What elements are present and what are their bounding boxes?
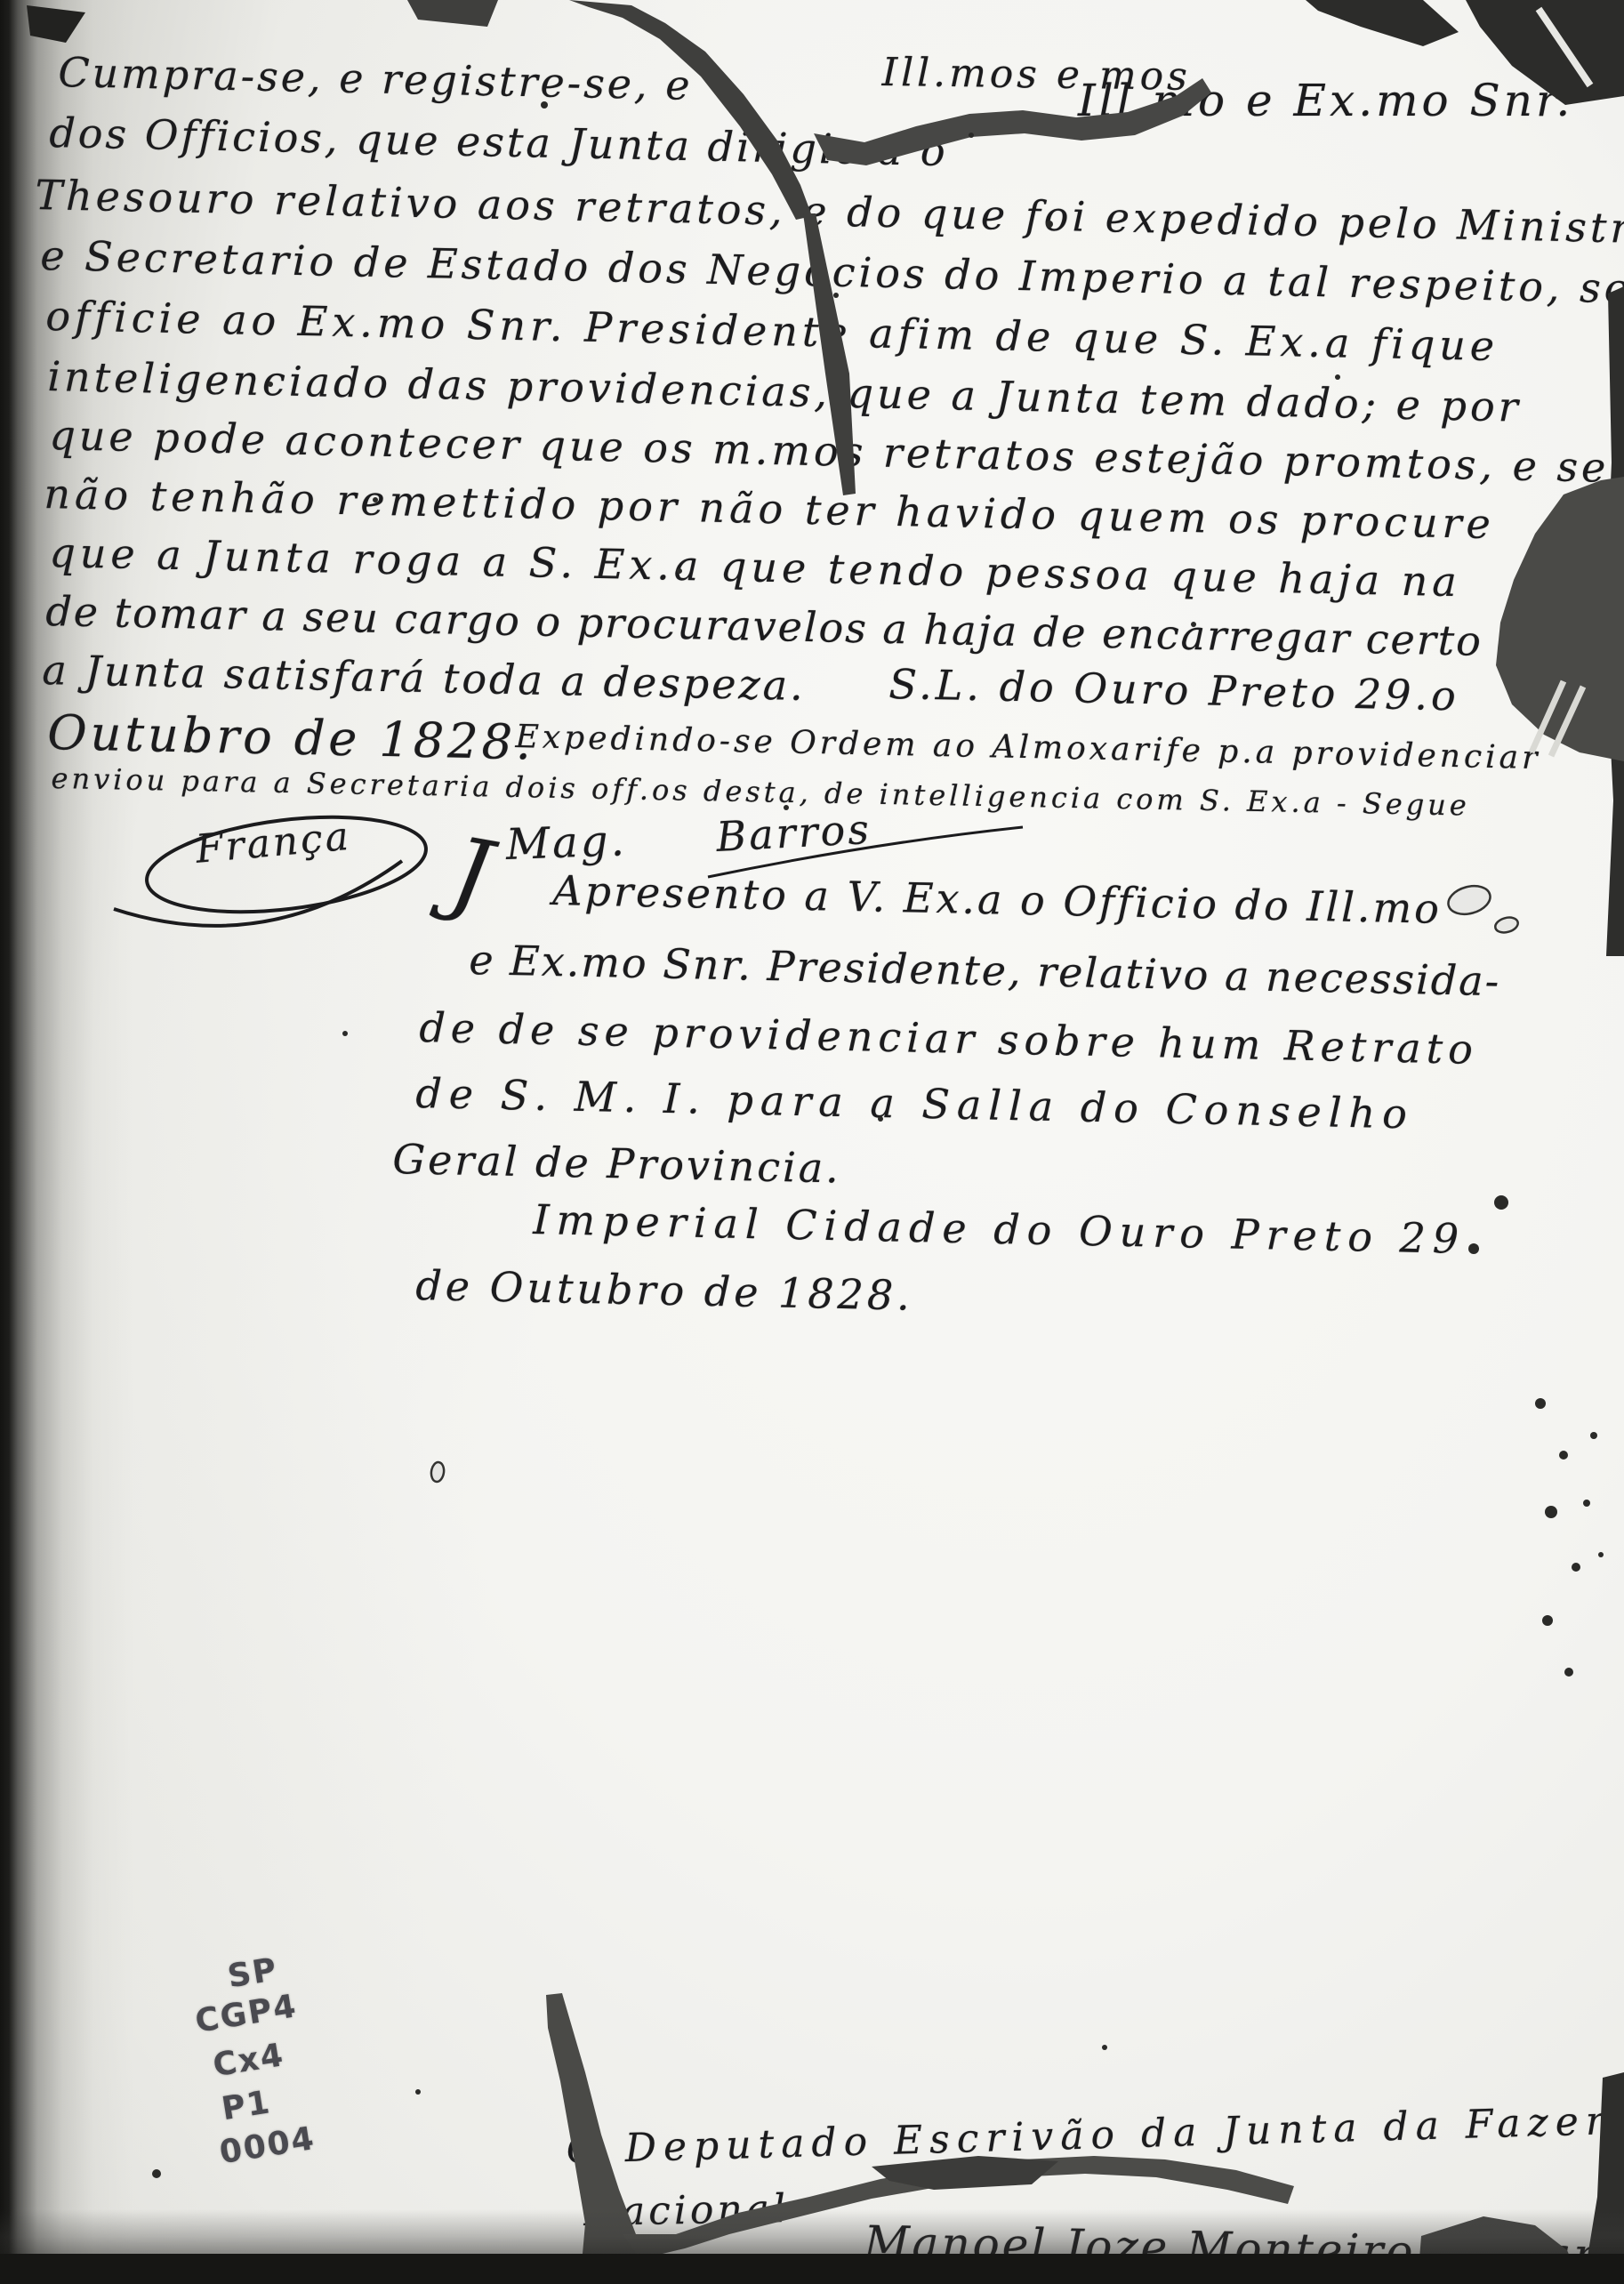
manuscript-line: a Junta satisfará toda a despeza.	[42, 646, 806, 710]
signature-barros: Barros	[715, 805, 872, 861]
manuscript-line: e Ex.mo Snr. Presidente, relativo a nece…	[469, 936, 1501, 1005]
archive-code-line: P1	[219, 2084, 273, 2127]
flourish-mark: J	[444, 816, 499, 929]
archive-code-line: CGP4	[193, 1988, 300, 2040]
manuscript-line: Ill.mo e Ex.mo Snr.	[1078, 75, 1573, 126]
manuscript-line: Imperial Cidade do Ouro Preto 29	[533, 1195, 1467, 1263]
manuscript-line: Apresento a V. Ex.a o Officio do Ill.mo	[552, 866, 1443, 933]
archive-code-block: SP CGP4 Cx4 P1 0004	[174, 1937, 404, 2196]
manuscript-line: de Outubro de 1828.	[415, 1261, 913, 1320]
manuscript-line: Outubro de 1828.	[47, 704, 535, 770]
manuscript-line: dos Officios, que esta Junta dirigio a o	[49, 109, 948, 175]
scan-bottom-fade	[0, 2209, 1624, 2259]
archive-code-line: SP	[225, 1951, 280, 1995]
scan-bottom-edge-band	[0, 2254, 1624, 2284]
manuscript-line: de de se providenciar sobre hum Retrato	[419, 1003, 1479, 1074]
archive-code-line: Cx4	[211, 2037, 287, 2084]
manuscript-line: O Deputado Escrivão da Junta da Fazenda	[566, 2096, 1624, 2173]
manuscript-line: de S. M. I. para a Salla do Conselho	[415, 1069, 1415, 1138]
archive-code-line: 0004	[217, 2120, 318, 2171]
signature-mag: Mag.	[505, 816, 628, 870]
manuscript-line: Cumpra-se, e registre-se, e	[58, 48, 693, 109]
right-edge-band	[1583, 286, 1624, 2284]
signature-franca: França	[194, 814, 353, 873]
manuscript-line: S.L. do Ouro Preto 29.o	[888, 660, 1460, 720]
manuscript-line: Expedindo-se Ordem ao Almoxarife p.a pro…	[515, 719, 1541, 776]
manuscript-page: Cumpra-se, e registre-se, e Ill.mos e mo…	[0, 0, 1624, 2284]
scan-left-edge-shadow	[0, 0, 133, 2284]
manuscript-line: Geral de Provincia.	[392, 1135, 842, 1193]
